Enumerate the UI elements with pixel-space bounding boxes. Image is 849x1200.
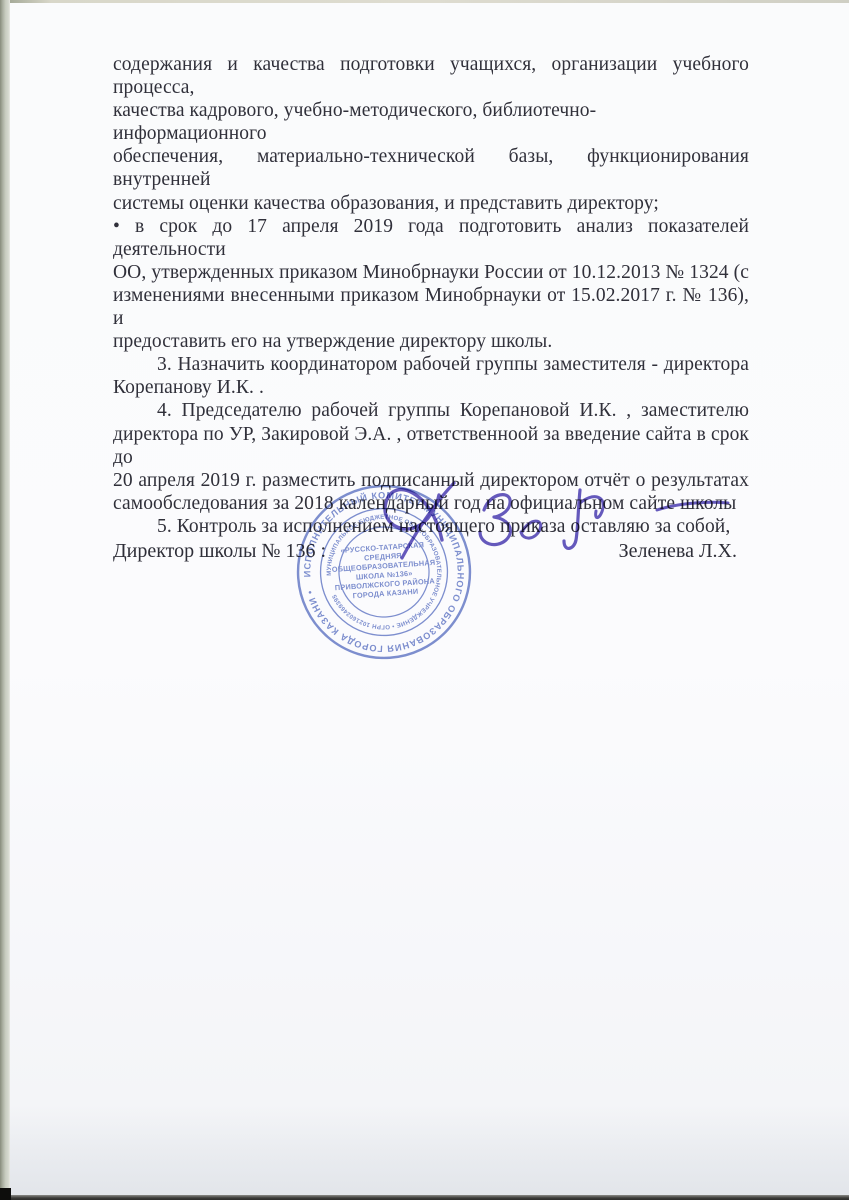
scan-edge-top <box>0 0 849 3</box>
scan-shading <box>10 1105 849 1195</box>
text-line: 3. Назначить координатором рабочей групп… <box>113 353 749 376</box>
text-line: системы оценки качества образования, и п… <box>113 192 749 215</box>
signature-ink-strokes <box>385 483 728 558</box>
text-line: Корепанову И.К. . <box>113 376 749 399</box>
text-line: качества кадрового, учебно-методического… <box>113 99 749 145</box>
scan-edge-bottom <box>0 1195 849 1200</box>
text-line: содержания и качества подготовки учащихс… <box>113 53 749 99</box>
text-line: 4. Председателю рабочей группы Корепанов… <box>113 399 749 422</box>
scanned-document-page: содержания и качества подготовки учащихс… <box>0 0 849 1200</box>
text-line: • в срок до 17 апреля 2019 года подготов… <box>113 215 749 261</box>
text-line: обеспечения, материально-технической баз… <box>113 145 749 191</box>
document-lines: содержания и качества подготовки учащихс… <box>113 53 749 538</box>
handwritten-signature <box>372 470 742 580</box>
text-line: директора по УР, Закировой Э.А. , ответс… <box>113 423 749 469</box>
text-line: ОО, утвержденных приказом Минобрнауки Ро… <box>113 261 749 284</box>
text-line: предоставить его на утверждение директор… <box>113 330 749 353</box>
text-line: изменениями внесенными приказом Минобрна… <box>113 284 749 330</box>
scan-corner-mark <box>0 1188 11 1200</box>
scan-edge-left <box>0 0 10 1200</box>
